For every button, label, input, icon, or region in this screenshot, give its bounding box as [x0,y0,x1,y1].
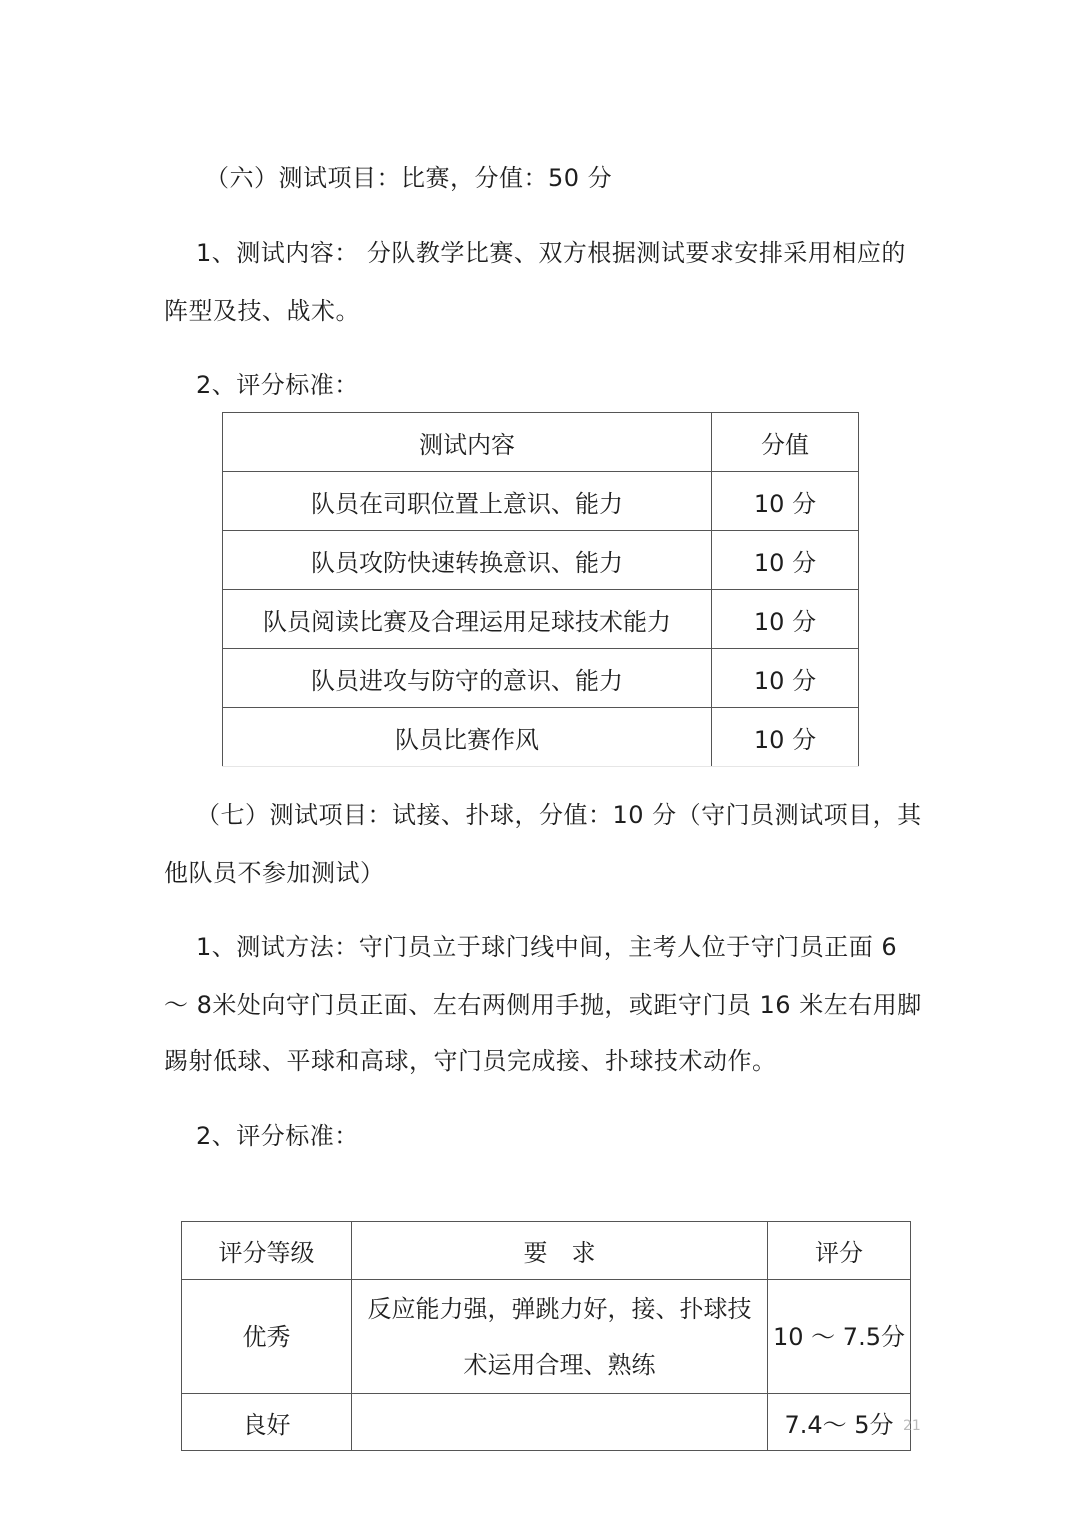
table-row: 队员攻防快速转换意识、能力 10 分 [223,531,859,590]
table-cell [352,1394,768,1451]
table-cell: 队员在司职位置上意识、能力 [223,472,712,531]
table-cell: 反应能力强，弹跳力好，接、扑球技术运用合理、熟练 [352,1280,768,1394]
header-cell: 测试内容 [223,413,712,472]
table-cell: 10 分 [712,472,859,531]
section6-item1-line2: 阵型及技、战术。 [164,296,360,326]
section6-heading: （六）测试项目：比赛，分值：50 分 [205,163,612,193]
table-cell: 10 分 [712,708,859,767]
table-cell: 10 分 [712,590,859,649]
table-cell: 10 ～ 7.5分 [768,1280,911,1394]
table-cell: 10 分 [712,649,859,708]
header-cell: 要 求 [352,1222,768,1280]
table-cell: 优秀 [182,1280,352,1394]
table-cell: 队员比赛作风 [223,708,712,767]
table-cell: 队员攻防快速转换意识、能力 [223,531,712,590]
page-number: 21 [903,1418,921,1434]
table-row: 队员比赛作风 10 分 [223,708,859,767]
section6-item1-line1: 1、测试内容： 分队教学比赛、双方根据测试要求安排采用相应的 [196,238,906,268]
table-row: 队员阅读比赛及合理运用足球技术能力 10 分 [223,590,859,649]
section7-heading-line1: （七）测试项目：试接、扑球，分值：10 分（守门员测试项目，其 [196,800,922,830]
table-row: 优秀 反应能力强，弹跳力好，接、扑球技术运用合理、熟练 10 ～ 7.5分 [182,1280,911,1394]
score-table-match: 测试内容 分值 队员在司职位置上意识、能力 10 分 队员攻防快速转换意识、能力… [222,412,859,767]
section7-item2: 2、评分标准： [196,1121,359,1151]
table-row: 队员进攻与防守的意识、能力 10 分 [223,649,859,708]
header-cell: 分值 [712,413,859,472]
table-cell: 队员进攻与防守的意识、能力 [223,649,712,708]
table-header-row: 评分等级 要 求 评分 [182,1222,911,1280]
table-header-row: 测试内容 分值 [223,413,859,472]
section7-heading-line2: 他队员不参加测试） [164,858,385,888]
section7-item1-line1: 1、测试方法：守门员立于球门线中间，主考人位于守门员正面 6 [196,932,897,962]
table-cell: 7.4～ 5分 [768,1394,911,1451]
header-cell: 评分 [768,1222,911,1280]
score-table-goalkeeper: 评分等级 要 求 评分 优秀 反应能力强，弹跳力好，接、扑球技术运用合理、熟练 … [181,1221,911,1451]
section6-item2: 2、评分标准： [196,370,359,400]
table-cell: 队员阅读比赛及合理运用足球技术能力 [223,590,712,649]
table-cell: 良好 [182,1394,352,1451]
table-row: 良好 7.4～ 5分 [182,1394,911,1451]
table-row: 队员在司职位置上意识、能力 10 分 [223,472,859,531]
section7-item1-line3: 踢射低球、平球和高球，守门员完成接、扑球技术动作。 [164,1046,777,1076]
table-cell: 10 分 [712,531,859,590]
header-cell: 评分等级 [182,1222,352,1280]
section7-item1-line2: ～ 8米处向守门员正面、左右两侧用手抛，或距守门员 16 米左右用脚 [164,990,922,1020]
